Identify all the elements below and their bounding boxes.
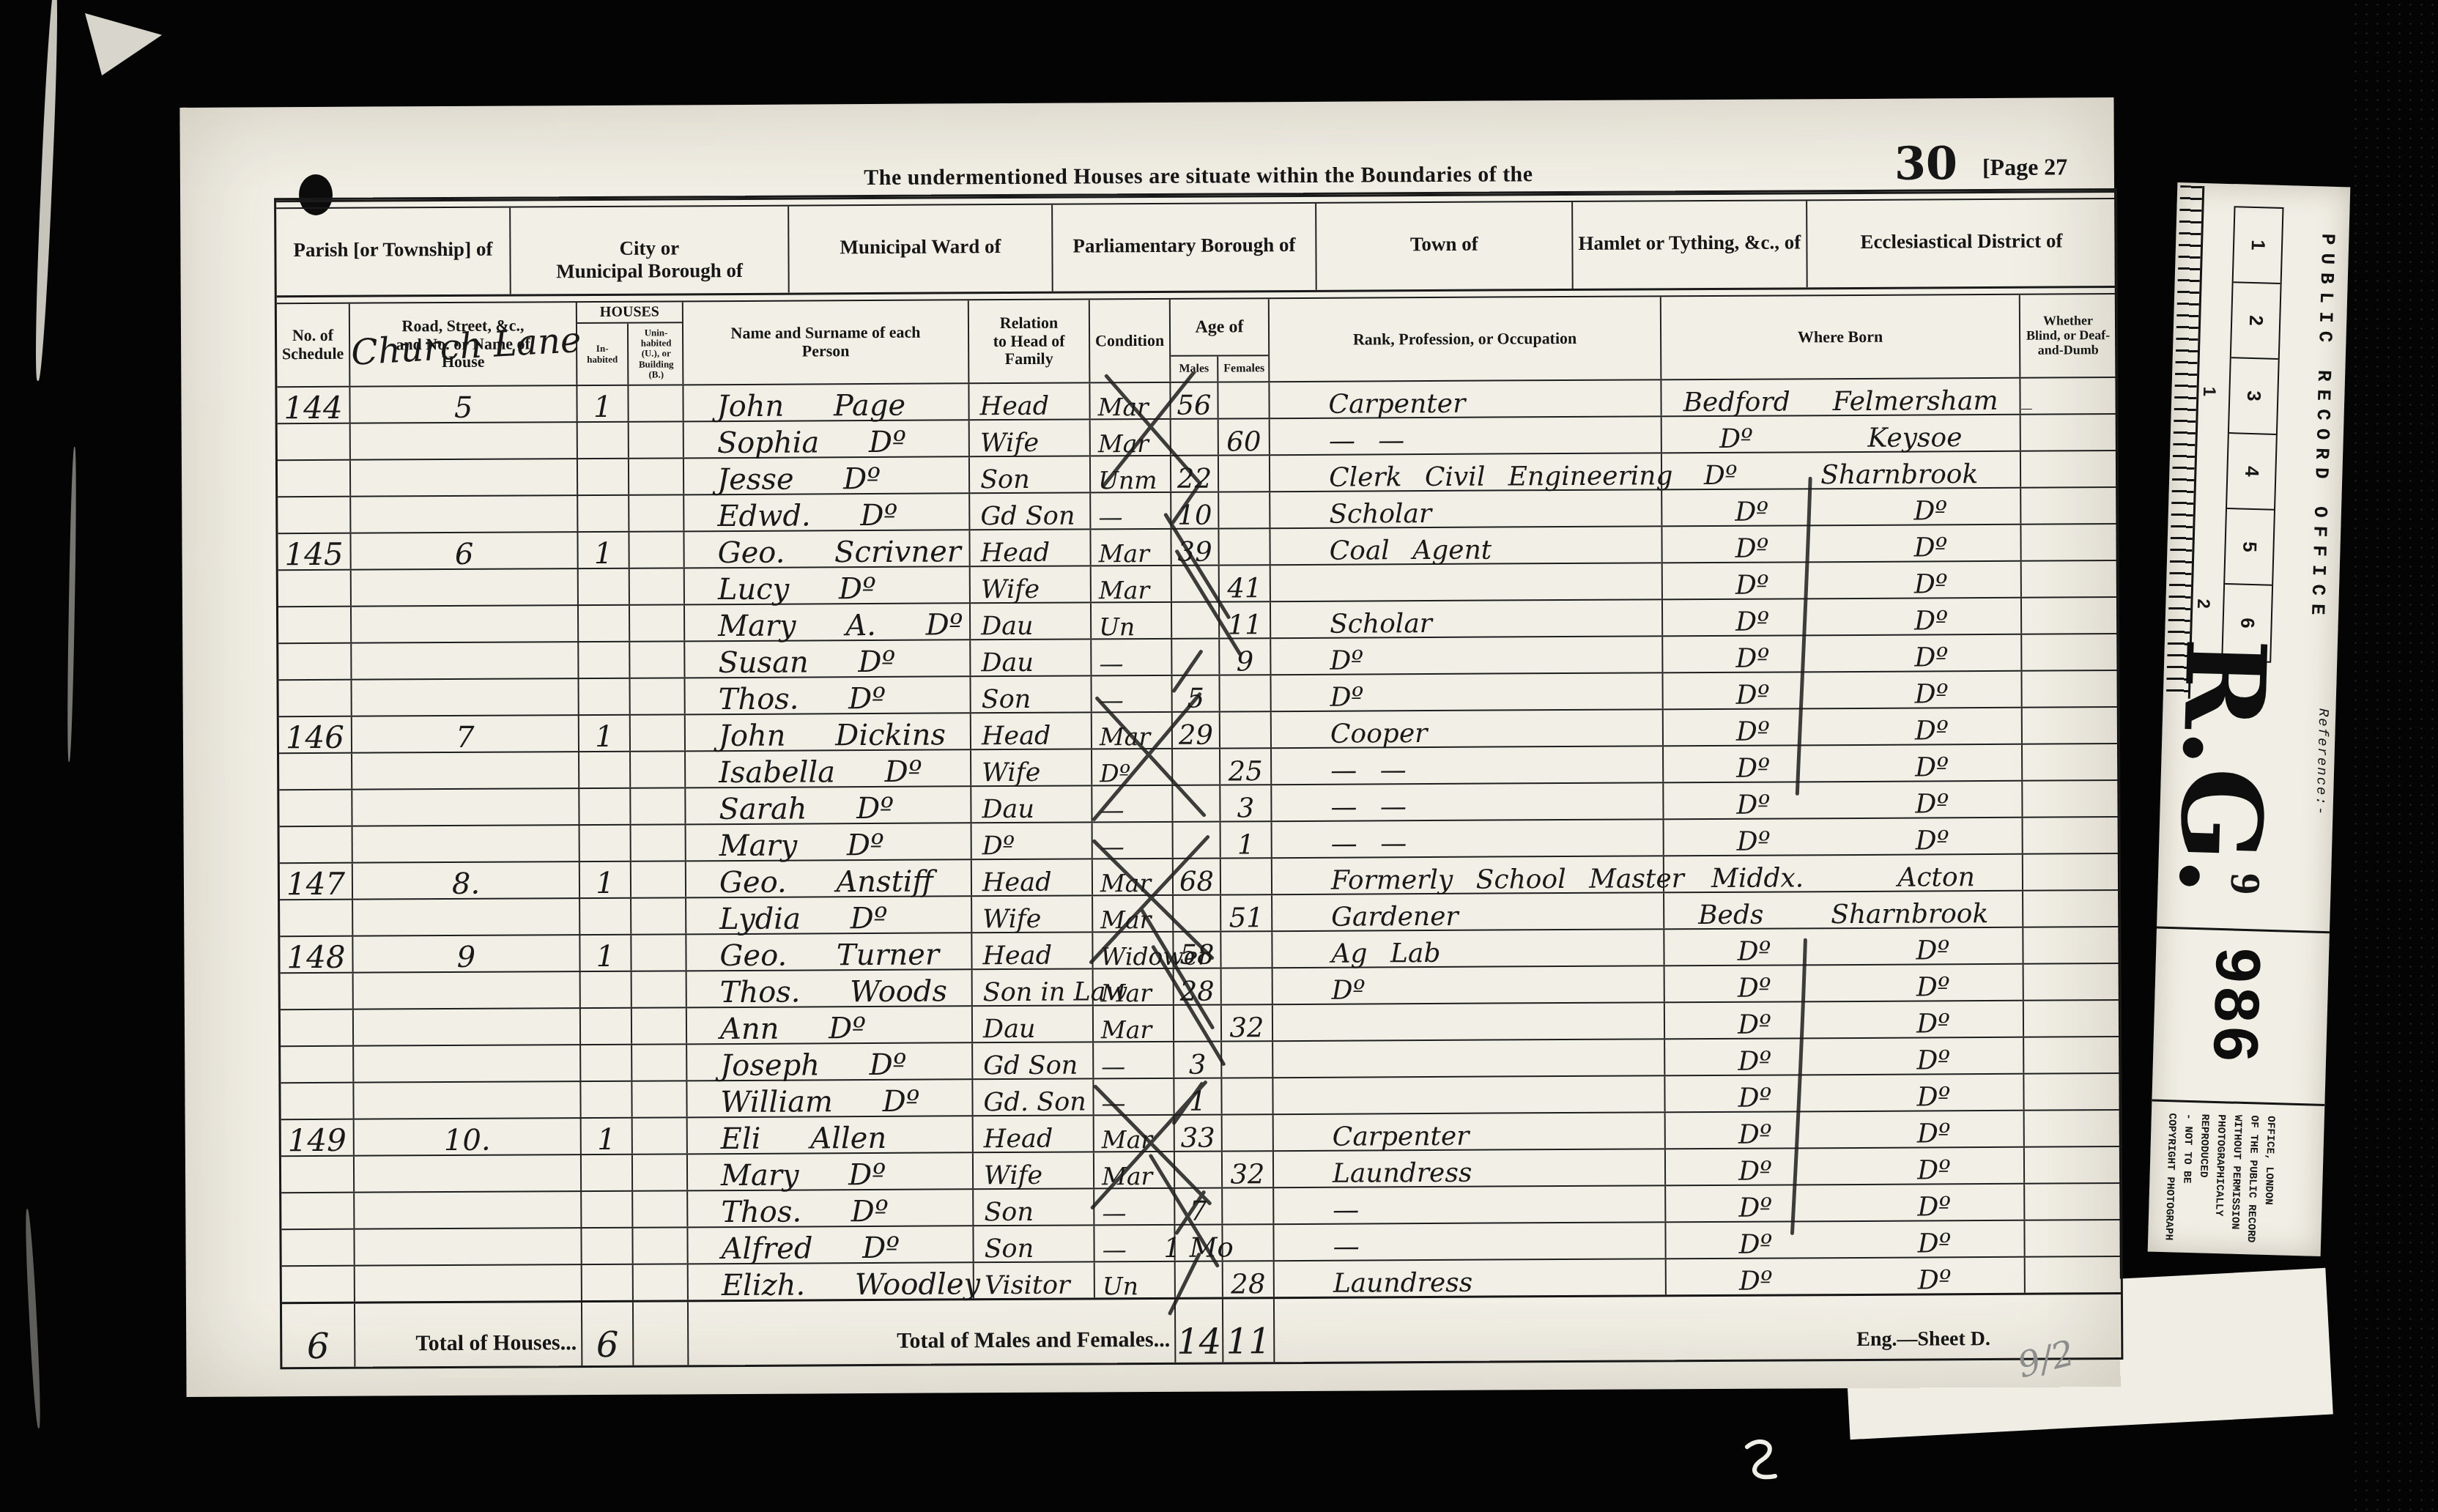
ruler-scale-number: 5 <box>2238 541 2261 552</box>
cell-house-number <box>352 789 579 826</box>
cell-schedule: 148 <box>280 937 353 973</box>
col-females: Females <box>1218 356 1270 381</box>
card-divider <box>2152 1100 2324 1107</box>
cell-blind <box>2026 1257 2121 1293</box>
cell-name: Mary A. Dº <box>685 604 971 640</box>
cell-house-number <box>355 1192 582 1228</box>
cell-blind <box>2024 1074 2119 1110</box>
born-place: Dº <box>1917 1122 1951 1146</box>
born-county: Bedford <box>1683 390 1790 415</box>
cell-schedule: 146 <box>279 717 352 753</box>
cell-name: John Dickins <box>686 714 971 750</box>
cell-uninhabited <box>632 1045 687 1080</box>
born-place: Sharnbrook <box>1831 902 1988 927</box>
cell-blind <box>2023 854 2119 890</box>
cell-name: Jesse Dº <box>684 457 970 494</box>
ruler-scale-number: 6 <box>2236 618 2259 629</box>
cell-relation: Visitor <box>974 1262 1095 1298</box>
cell-age-male: 5 <box>1172 675 1220 711</box>
cell-relation: Dau <box>973 1006 1094 1042</box>
cell-relation: Son <box>974 1226 1094 1261</box>
cell-age-female <box>1223 1225 1274 1260</box>
cell-schedule <box>278 461 351 497</box>
cell-inhabited <box>579 569 630 604</box>
cell-inhabited: 1 <box>582 1119 633 1154</box>
page-number: [Page 27 <box>1982 153 2068 181</box>
cell-where-born: Dº Dº <box>1666 1221 2025 1259</box>
col-males: Males <box>1171 357 1218 382</box>
cell-age-male <box>1174 822 1221 857</box>
cell-condition: Mar <box>1094 1152 1175 1188</box>
ruler-inch-mark: 2 <box>2193 598 2213 609</box>
cell-condition: Mar <box>1091 420 1171 456</box>
geo-header-label: City or Municipal Borough of <box>556 237 743 282</box>
cell-occupation: Dº <box>1271 637 1663 674</box>
cell-schedule <box>278 497 351 533</box>
cell-occupation <box>1271 563 1663 601</box>
cell-blind <box>2023 781 2118 817</box>
cell-condition: — <box>1094 1189 1175 1225</box>
born-county: Middx. <box>1711 866 1804 892</box>
microfilm-scan: The undermentioned Houses are situate wi… <box>0 0 2438 1512</box>
cell-where-born: Dº Dº <box>1663 635 2022 672</box>
cell-inhabited: 1 <box>578 533 629 568</box>
cell-age-male: 7 <box>1175 1188 1223 1223</box>
cell-age-male: 33 <box>1175 1115 1223 1150</box>
born-place: Dº <box>1916 829 1949 853</box>
cell-house-number <box>355 1228 582 1265</box>
cell-house-number <box>352 569 579 606</box>
cell-age-male: 28 <box>1174 968 1222 1004</box>
cell-house-number <box>354 972 581 1009</box>
cell-inhabited <box>580 826 631 861</box>
cell-age-male <box>1171 420 1219 455</box>
cell-occupation: Ag Lab <box>1272 930 1664 967</box>
cell-house-number <box>354 1045 581 1082</box>
cell-blind <box>2025 1147 2120 1183</box>
cell-blind <box>2022 634 2117 670</box>
page-title: The undermentioned Houses are situate wi… <box>686 161 1711 191</box>
cell-blind <box>2024 1037 2119 1073</box>
cell-age-male <box>1172 603 1220 638</box>
cell-relation: Head <box>974 1116 1094 1152</box>
cell-house-number <box>352 642 579 679</box>
cell-name: Lucy Dº <box>685 567 971 604</box>
cell-blind <box>2022 598 2117 634</box>
col-condition: Condition <box>1090 300 1171 382</box>
cell-name: William Dº <box>687 1080 973 1116</box>
cell-condition: Widower <box>1093 933 1174 968</box>
cell-where-born: Dº Dº <box>1666 1148 2025 1185</box>
cell-occupation <box>1273 1003 1665 1040</box>
geo-header-label: Ecclesiastical District of <box>1860 230 2062 253</box>
cell-house-number <box>355 1265 582 1302</box>
cell-condition: Mar <box>1092 566 1172 602</box>
cell-condition: Un <box>1092 603 1172 639</box>
born-county: Dº <box>1738 1086 1772 1111</box>
col-uninhabited: Unin- habited (U.), or Building (B.) <box>629 323 683 384</box>
cell-inhabited <box>581 1082 632 1117</box>
film-scratch <box>23 1209 42 1428</box>
cell-schedule <box>279 754 352 790</box>
cell-name: Joseph Dº <box>687 1043 973 1080</box>
geo-header-cell: Parish [or Township] of <box>276 208 511 296</box>
cell-schedule <box>281 1157 355 1193</box>
cell-relation: Dº <box>972 823 1093 859</box>
cell-relation: Head <box>971 713 1092 749</box>
cell-occupation: Dº <box>1273 966 1665 1004</box>
cell-name: Mary Dº <box>686 823 972 860</box>
census-page: The undermentioned Houses are situate wi… <box>179 97 2120 1397</box>
cell-occupation: — — <box>1272 783 1664 820</box>
cell-occupation: Gardener <box>1272 893 1664 930</box>
geo-header-cell: Ecclesiastical District of <box>1807 199 2116 287</box>
cell-uninhabited <box>632 1081 687 1116</box>
born-county: Dº <box>1735 646 1769 671</box>
born-county: Dº <box>1738 1122 1772 1147</box>
cell-inhabited <box>579 752 631 787</box>
pro-reference-card: 1 2 1 2 3 4 5 <box>2148 182 2351 1256</box>
geo-header-cell: Hamlet or Tything, &c., of <box>1573 201 1808 289</box>
cell-where-born: Dº Dº <box>1665 1075 2024 1112</box>
col-born: Where Born <box>1661 295 2021 379</box>
cell-house-number <box>351 496 578 533</box>
cell-where-born: Bedford Felmersham <box>1661 379 2020 416</box>
cell-name: Geo. Anstiff <box>686 860 972 897</box>
cell-house-number <box>351 423 578 459</box>
cell-age-female <box>1223 1115 1274 1150</box>
cell-uninhabited <box>629 532 684 567</box>
piece-number: 986 <box>2198 946 2274 1067</box>
col-relation: Relation to Head of Family <box>969 300 1091 382</box>
cell-occupation: — — <box>1272 746 1664 784</box>
cell-age-female <box>1222 1042 1273 1077</box>
cell-age-female <box>1221 932 1272 967</box>
cell-uninhabited <box>631 788 686 823</box>
cell-name: Thos. Dº <box>688 1190 974 1226</box>
cell-condition: — <box>1092 640 1172 675</box>
cell-house-number <box>352 606 579 642</box>
total-persons-label: Total of Males and Females... <box>689 1300 1176 1365</box>
cell-blind <box>2025 1111 2120 1146</box>
cell-age-female: 32 <box>1222 1005 1273 1040</box>
cell-age-male <box>1174 1005 1222 1040</box>
cell-relation: Wife <box>972 896 1093 932</box>
born-county: Dº <box>1735 500 1768 525</box>
ruler-scale-cell: 1 <box>2234 207 2283 284</box>
cell-condition: Mar <box>1094 1006 1174 1042</box>
cell-blind <box>2022 671 2117 707</box>
film-scratch <box>32 0 61 381</box>
born-place: Dº <box>1918 1231 1952 1256</box>
born-county: Dº <box>1735 536 1769 561</box>
cell-name: Elizh. Woodley <box>689 1263 974 1300</box>
cell-condition: Mar <box>1094 1116 1175 1152</box>
cell-relation: Dau <box>971 640 1092 675</box>
born-place: Dº <box>1915 719 1949 744</box>
born-county: Dº <box>1704 464 1738 489</box>
cell-age-female <box>1222 968 1273 1004</box>
cell-age-male: 10 <box>1171 493 1219 528</box>
cell-occupation: Clerk Civil Engineering <box>1270 453 1662 491</box>
cell-where-born: Dº Dº <box>1664 745 2023 782</box>
cell-relation: Gd. Son <box>973 1079 1094 1115</box>
cell-name: Ann Dº <box>687 1007 973 1043</box>
cell-inhabited <box>581 972 632 1007</box>
film-texture <box>2350 0 2438 1512</box>
cell-schedule: 149 <box>281 1120 355 1156</box>
geo-header-label: Parish [or Township] of <box>293 238 492 261</box>
cell-uninhabited <box>633 1191 688 1226</box>
cell-schedule <box>278 571 352 607</box>
cell-house-number <box>351 459 578 496</box>
cell-age-male: 68 <box>1174 859 1221 894</box>
total-uninhabited <box>634 1302 689 1365</box>
cell-uninhabited <box>631 935 686 970</box>
cell-name: Eli Allen <box>688 1116 974 1153</box>
cell-schedule <box>281 974 354 1009</box>
cell-blind <box>2021 415 2116 451</box>
series-code: R.G. <box>2163 637 2280 897</box>
cell-age-female <box>1220 675 1271 711</box>
cell-uninhabited <box>630 605 685 640</box>
cell-occupation: — <box>1274 1186 1666 1223</box>
cell-condition: Mar <box>1093 896 1174 932</box>
geo-header-label: Town of <box>1410 233 1478 255</box>
total-males: 14 <box>1176 1299 1223 1362</box>
cell-inhabited: 1 <box>580 935 631 971</box>
cell-inhabited: 1 <box>579 716 631 751</box>
cell-occupation: — — <box>1272 820 1664 857</box>
cell-schedule <box>280 900 353 936</box>
cell-blind <box>2023 744 2118 780</box>
born-place: Dº <box>1918 1268 1952 1293</box>
cell-schedule <box>278 607 352 643</box>
cell-age-male: 58 <box>1174 932 1221 967</box>
cell-relation: Dau <box>971 603 1092 639</box>
cell-house-number: 8. <box>353 862 580 899</box>
cell-inhabited <box>580 899 631 934</box>
ruler-scale-number: 4 <box>2240 466 2263 477</box>
cell-name: Alfred Dº <box>688 1226 974 1263</box>
cell-inhabited <box>581 1009 632 1044</box>
cell-name: Susan Dº <box>685 640 971 677</box>
cell-condition: — <box>1091 493 1171 529</box>
cell-uninhabited <box>631 825 686 860</box>
col-name: Name and Surname of each Person <box>683 300 970 384</box>
born-place: Dº <box>1916 1048 1950 1073</box>
cell-relation: Son <box>971 676 1092 712</box>
born-county: Beds <box>1698 903 1763 928</box>
cell-relation: Head <box>972 933 1093 968</box>
cell-blind <box>2021 488 2116 524</box>
cell-blind <box>2025 1184 2120 1220</box>
sheet-footer: Eng.—Sheet D. <box>1856 1327 1990 1352</box>
cell-blind <box>2023 818 2119 853</box>
cell-condition: Mar <box>1091 530 1171 566</box>
cell-age-male: 1 Mo <box>1175 1225 1223 1260</box>
col-age: Age of <box>1171 299 1268 355</box>
cell-inhabited <box>582 1192 633 1227</box>
geo-header-cell: Parliamentary Borough of <box>1053 204 1317 292</box>
cell-age-female: 1 <box>1221 822 1272 857</box>
cell-occupation: Laundress <box>1275 1259 1667 1297</box>
cell-uninhabited <box>630 642 685 677</box>
cell-relation: Head <box>969 383 1090 419</box>
cell-inhabited <box>579 679 631 714</box>
born-county: Dº <box>1736 719 1770 744</box>
cell-age-male <box>1174 895 1221 930</box>
cell-blind <box>2022 561 2117 597</box>
cell-house-number: 9 <box>353 935 580 972</box>
cell-condition: Dº <box>1092 749 1173 785</box>
cell-age-female <box>1219 529 1270 564</box>
cell-name: Thos. Woods <box>687 970 973 1007</box>
cell-uninhabited <box>632 1008 687 1043</box>
cell-inhabited: 1 <box>580 862 631 897</box>
cell-occupation <box>1273 1039 1665 1077</box>
cell-blind <box>2021 525 2116 560</box>
cell-condition: Mar <box>1094 969 1174 1005</box>
cell-occupation: Carpenter <box>1270 380 1661 418</box>
cell-occupation: Laundress <box>1274 1149 1666 1187</box>
born-county: Dº <box>1738 1049 1771 1074</box>
table-body: 144 5 1 John Page Head Mar 56 Carpenter … <box>277 377 2121 1302</box>
cell-age-male: 22 <box>1171 456 1219 492</box>
born-place: Felmersham <box>1833 389 1998 415</box>
cell-age-female <box>1221 859 1272 894</box>
cell-where-born: Dº Dº <box>1663 672 2022 709</box>
born-place: Dº <box>1917 1195 1951 1220</box>
cell-relation: Son <box>974 1189 1094 1225</box>
born-county: Dº <box>1738 1012 1771 1037</box>
cell-house-number <box>352 752 579 789</box>
cell-where-born: Dº Keysoe <box>1662 415 2021 453</box>
cell-uninhabited <box>631 715 686 750</box>
col-age-group: Age of Males Females <box>1171 299 1270 382</box>
cell-schedule <box>278 644 352 680</box>
cell-uninhabited <box>633 1118 688 1153</box>
cell-where-born: Beds Sharnbrook <box>1664 892 2023 929</box>
cell-age-male <box>1176 1261 1223 1297</box>
copyright-notice: COPYRIGHT PHOTOGRAPH - NOT TO BE REPRODU… <box>2160 1113 2313 1249</box>
cell-house-number <box>354 1009 581 1045</box>
cell-age-female: 32 <box>1223 1152 1274 1187</box>
cell-blind <box>2024 964 2119 1000</box>
cell-age-female: 28 <box>1223 1261 1275 1297</box>
cell-where-born: Middx. Acton <box>1664 855 2023 892</box>
cell-house-number <box>353 899 580 935</box>
cell-age-female <box>1222 1078 1273 1113</box>
cell-occupation: — — <box>1270 417 1662 454</box>
cell-condition: Unm <box>1091 456 1171 492</box>
ruler-scale-number: 3 <box>2242 390 2265 401</box>
cell-age-male <box>1173 785 1220 820</box>
cell-house-number <box>352 679 579 716</box>
cell-where-born: Dº Dº <box>1664 782 2023 819</box>
born-county: Dº <box>1737 939 1771 964</box>
cell-where-born: Dº Dº <box>1664 928 2023 966</box>
cell-uninhabited <box>629 385 683 420</box>
born-county: Dº <box>1736 683 1770 708</box>
total-females: 11 <box>1223 1299 1275 1362</box>
cell-inhabited <box>582 1265 634 1300</box>
cell-name: Isabella Dº <box>686 750 971 787</box>
born-county: Dº <box>1735 573 1769 598</box>
born-place: Dº <box>1915 682 1949 707</box>
cell-age-female <box>1218 382 1270 418</box>
cell-age-male <box>1175 1152 1223 1187</box>
cell-name: Geo. Turner <box>686 933 972 970</box>
cell-schedule <box>281 1230 355 1266</box>
cell-house-number: 10. <box>355 1119 582 1155</box>
cell-name: John Page <box>683 384 969 420</box>
cell-relation: Gd Son <box>970 493 1091 529</box>
cell-schedule <box>281 1083 354 1119</box>
cell-schedule <box>282 1267 355 1302</box>
col-houses: HOUSES <box>577 302 682 324</box>
cell-inhabited <box>578 423 629 458</box>
cell-schedule <box>281 1010 354 1046</box>
cell-uninhabited <box>629 495 684 530</box>
cell-age-female <box>1220 712 1272 747</box>
film-tear <box>85 13 162 75</box>
cell-house-number <box>355 1155 582 1192</box>
cell-age-male: 29 <box>1173 712 1220 747</box>
cell-age-male <box>1172 639 1220 674</box>
cell-relation: Son in Law <box>973 969 1094 1005</box>
geo-header-label: Hamlet or Tything, &c., of <box>1578 231 1801 254</box>
cell-where-born: Dº Dº <box>1665 965 2024 1002</box>
cell-blind <box>2025 1220 2120 1256</box>
cell-occupation: Scholar <box>1270 490 1662 527</box>
cell-age-female: 60 <box>1219 419 1270 454</box>
cell-age-male <box>1173 749 1220 784</box>
cell-uninhabited <box>631 752 686 787</box>
ruler-scale-cell: 4 <box>2227 434 2276 511</box>
geo-header-cell: Town of <box>1316 202 1574 290</box>
cell-name: Mary Dº <box>688 1153 974 1190</box>
born-place: Keysoe <box>1867 426 1962 451</box>
cell-age-female <box>1223 1188 1274 1223</box>
cell-house-number: 7 <box>352 716 579 752</box>
cell-where-born: Dº Dº <box>1666 1185 2025 1222</box>
cell-age-female: 3 <box>1220 785 1272 820</box>
born-place: Dº <box>1914 535 1948 560</box>
cell-inhabited <box>582 1155 633 1190</box>
cell-relation: Wife <box>974 1152 1094 1188</box>
cell-uninhabited <box>633 1155 688 1190</box>
cell-where-born: Dº Dº <box>1663 598 2022 636</box>
ruler-scale-number: 1 <box>2246 240 2269 251</box>
cell-name: Geo. Scrivner <box>684 530 970 567</box>
total-schedule: 6 <box>282 1304 355 1368</box>
cell-name: Edwd. Dº <box>684 494 970 530</box>
cell-condition: — <box>1093 823 1174 859</box>
ruler-scale-cell: 5 <box>2225 509 2274 586</box>
ruler <box>2166 185 2205 699</box>
born-place: Dº <box>1916 938 1949 963</box>
cell-occupation: Carpenter <box>1274 1113 1666 1150</box>
born-place: Dº <box>1915 755 1949 780</box>
cell-blind <box>2021 451 2116 487</box>
cell-condition: — <box>1094 1042 1174 1078</box>
cell-blind: — <box>2020 378 2116 414</box>
born-county: Dº <box>1739 1269 1773 1294</box>
cell-occupation: Formerly School Master <box>1272 856 1664 894</box>
born-county: Dº <box>1736 793 1770 818</box>
born-place: Dº <box>1913 499 1947 524</box>
